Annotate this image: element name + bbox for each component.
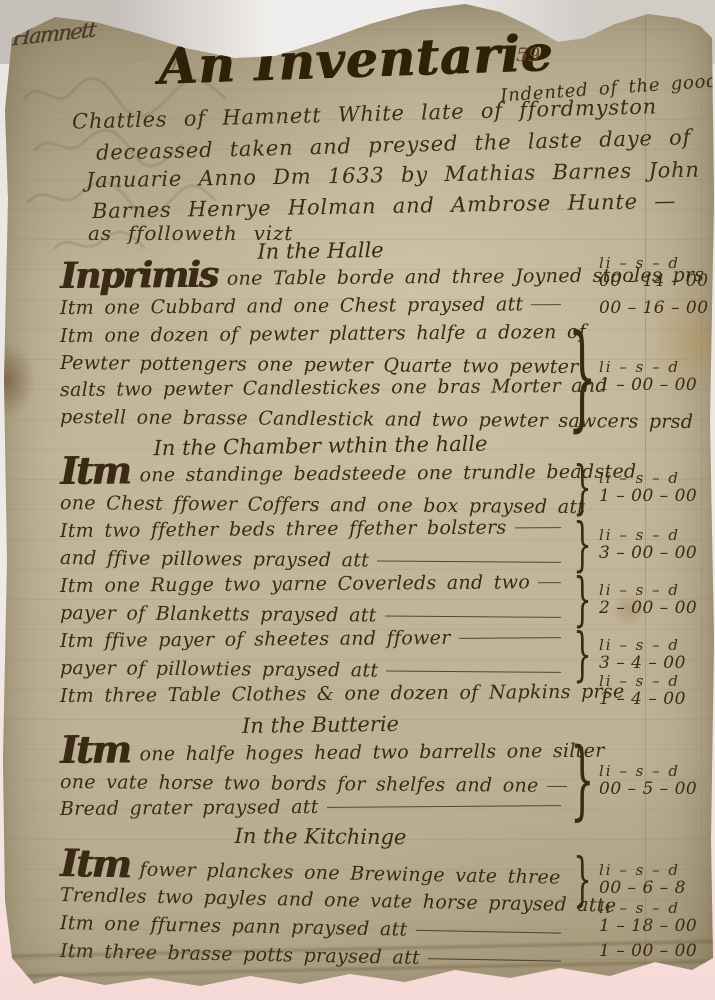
ink-rule [428, 958, 561, 962]
inventory-entry: Itm one Rugge two yarne Coverleds and tw… [60, 573, 711, 627]
entry-line: Itm ffive payer of sheetes and ffower [60, 625, 451, 655]
inventory-entry: Itmone standinge beadsteede one trundle … [60, 459, 711, 517]
page-number: 59 [516, 44, 540, 66]
currency-header: li – s – d [599, 527, 711, 544]
inventory-entry: Inprimisone Table borde and three Joyned… [60, 264, 711, 294]
ink-rule [385, 616, 561, 618]
entry-line: one halfe hoges head two barrells one si… [139, 738, 604, 769]
header-line: Barnes Henrye Holman and Ambrose Hunte — [92, 189, 676, 223]
inventory-body: In the Halle Inprimisone Table borde and… [0, 238, 715, 965]
amount-value: 2 – 00 – 00 [599, 599, 711, 618]
amount-value: 3 – 4 – 00 [599, 654, 711, 673]
inventory-entry: Itm three Table Clothes & one dozen of N… [60, 683, 711, 710]
currency-header: li – s – d [599, 637, 711, 654]
currency-header: li – s – d [599, 763, 711, 780]
entry-line: Itm one Cubbard and one Chest praysed at… [60, 291, 524, 322]
brace-glyph [569, 853, 595, 906]
document-header: Hamnett An Inventarie 59 Indented of the… [0, 0, 715, 236]
ink-rule [531, 304, 561, 305]
inventory-entry: Itm one Cubbard and one Chest praysed at… [60, 295, 711, 322]
parchment-page: Hamnett An Inventarie 59 Indented of the… [0, 0, 715, 1000]
header-line: Januarie Anno Dm 1633 by Mathias Barnes … [86, 158, 700, 193]
entry-line: Itm two ffether beds three ffether bolst… [60, 514, 507, 545]
amount-value: 00 – 16 – 00 [599, 299, 711, 318]
currency-header: li – s – d [599, 582, 711, 599]
amount-value: 1 – 00 – 00 [599, 376, 711, 395]
brace-glyph [569, 573, 595, 626]
brace-glyph [569, 325, 595, 430]
amount-value: 3 – 00 – 00 [599, 544, 711, 563]
entry-initial: Itm [60, 739, 130, 760]
entry-initial: Itm [60, 853, 130, 874]
ink-rule [377, 560, 561, 562]
ink-rule [515, 527, 561, 528]
inventory-entry: Itmfower planckes one Brewinge vate thre… [60, 851, 711, 909]
entry-initial: Itm [60, 460, 130, 481]
entry-line: Itm one dozen of pewter platters halfe a… [60, 319, 586, 350]
inventory-entry: Itm one dozen of pewter platters halfe a… [60, 323, 711, 431]
currency-header: li – s – d [599, 359, 711, 376]
entry-line: Bread grater praysed att [60, 794, 319, 823]
section-heading-kitchinge: In the Kitchinge [60, 823, 711, 852]
brace-glyph [569, 628, 595, 681]
inventory-entry: Itmone halfe hoges head two barrells one… [60, 738, 711, 823]
ink-rule [547, 786, 567, 787]
inventory-entry: Itm two ffether beds three ffether bolst… [60, 518, 711, 572]
ink-rule [386, 671, 561, 673]
ink-rule [415, 930, 560, 934]
brace-glyph [569, 461, 595, 514]
entry-line: one standinge beadsteede one trundle bea… [139, 458, 636, 489]
amount-value: 1 – 00 – 00 [599, 487, 711, 506]
document-title: An Inventarie [157, 23, 554, 96]
entry-initial: Inprimis [60, 265, 217, 286]
ink-rule [459, 637, 561, 639]
ink-rule [327, 805, 561, 808]
brace-glyph [569, 518, 595, 571]
currency-header: li – s – d [599, 862, 711, 879]
amount-value: 00 – 5 – 00 [599, 780, 711, 799]
photograph-background: Hamnett An Inventarie 59 Indented of the… [0, 0, 715, 1000]
brace-glyph [569, 741, 595, 820]
ink-rule [538, 582, 561, 583]
entry-line: Itm one Rugge two yarne Coverleds and tw… [60, 569, 530, 600]
entry-line: one Table borde and three Joyned stooles… [227, 262, 715, 293]
entry-line: salts two pewter Candlestickes one bras … [60, 373, 608, 404]
entry-line: Itm three Table Clothes & one dozen of N… [60, 679, 625, 710]
marginal-annotation: Hamnett [11, 18, 95, 51]
